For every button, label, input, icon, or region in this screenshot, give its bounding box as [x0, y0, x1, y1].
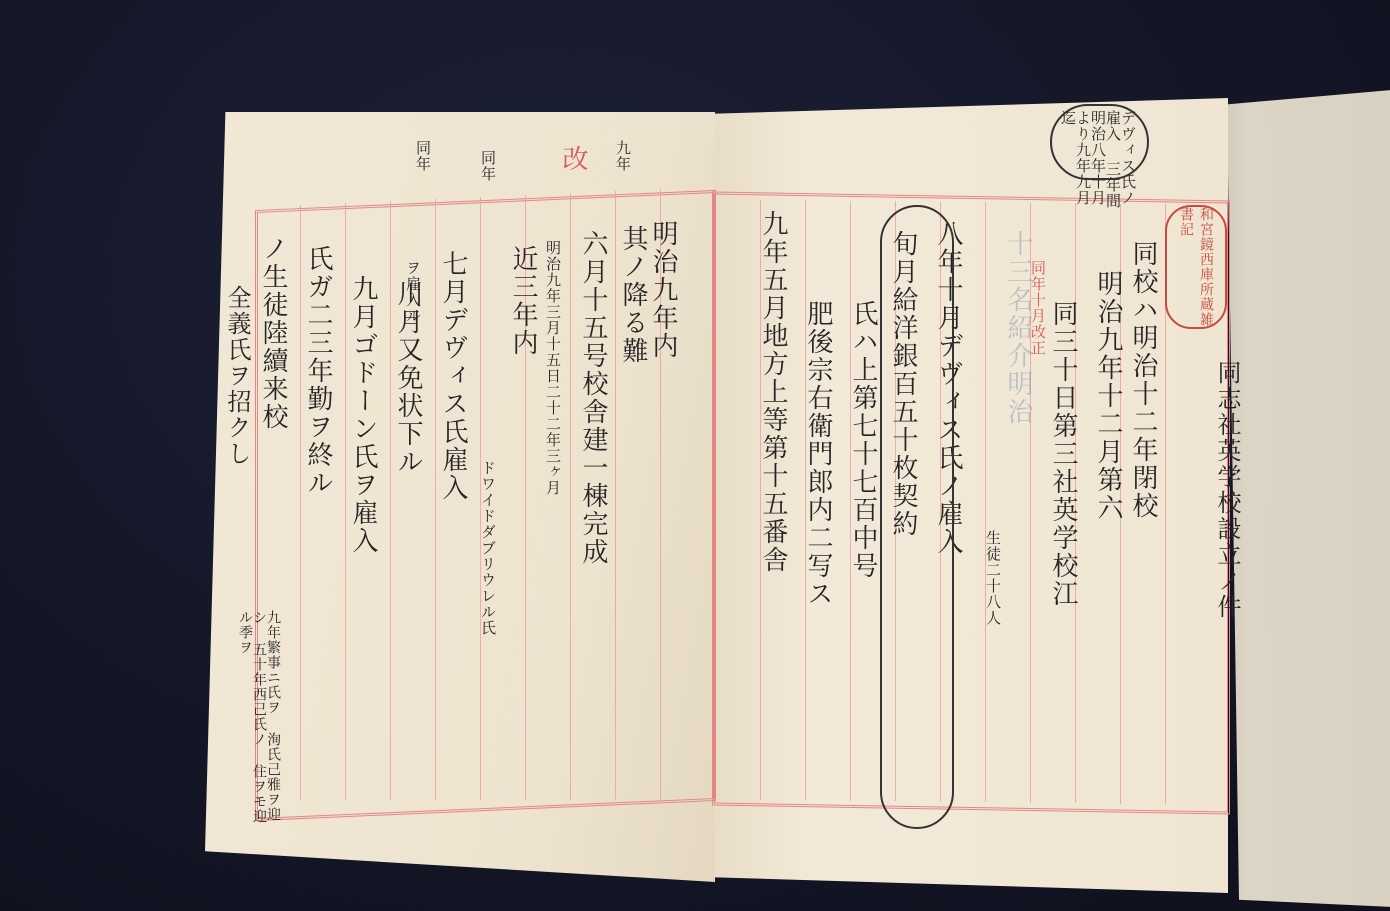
header-note: 九年 [615, 140, 630, 200]
text-column: 肥後宗右衛門郎内二写ス [805, 300, 831, 760]
rule-line [435, 199, 436, 800]
text-column: 川月又免状下ル [395, 280, 421, 700]
text-column: 同三十日第三社英学校江 [1050, 300, 1076, 790]
text-column: 氏ガ二三年勤ヲ終ル [305, 245, 331, 745]
note-column: 生徒二十八人 [985, 530, 1000, 760]
text-column: 近三年内 [510, 245, 536, 445]
rule-line [345, 203, 346, 800]
red-correction: 同年十月改正 [1030, 260, 1045, 600]
rule-line [300, 205, 301, 800]
text-column: 九月ゴドーン氏ヲ雇入 [350, 275, 376, 715]
next-page [1215, 88, 1390, 908]
rule-line [615, 191, 616, 800]
text-column: 九年五月地方上等第十五番舎 [760, 210, 786, 800]
rule-line [570, 193, 571, 800]
text-column: ドワイドダブリウレル氏 [480, 460, 495, 780]
text-column: 七月デヴィス氏雇入 [440, 250, 466, 770]
text-column: 明治九年三月十五日二十二年三ヶ月 [545, 240, 560, 780]
text-column: 氏ハ上第七十七百中号 [850, 300, 876, 770]
header-note: 同年 [415, 140, 430, 200]
margin-column: 全義氏ヲ招クし [225, 285, 249, 585]
annotation-loop [880, 205, 954, 829]
text-column: 六月十五号校舎建一棟完成 [580, 230, 606, 660]
red-mark: 改 [560, 145, 586, 205]
text-column: 明治九年十二月第六 [1095, 270, 1121, 770]
bleed-through-text: 十三名紹介明治 [1005, 230, 1031, 730]
header-note: 同年 [480, 150, 495, 210]
rule-line [390, 201, 391, 800]
text-column: 其ノ降る難 [620, 225, 646, 505]
bottom-margin-note: 九年繁事ニ氏ヲ 洵氏己雅ヲ迎シ 五十年西己氏ノ 住ヲモ迎ル季ヲ [150, 610, 280, 830]
red-ownership-seal: 和宮鏡西庫所蔵雑書記 [1165, 205, 1227, 329]
annotation-circle [1050, 104, 1149, 180]
text-column: 同校ハ明治十二年閉校 [1130, 240, 1156, 800]
margin-note: 同志社英学校設立ノ件 [1215, 360, 1239, 820]
text-column: 明治九年内 [650, 220, 676, 500]
